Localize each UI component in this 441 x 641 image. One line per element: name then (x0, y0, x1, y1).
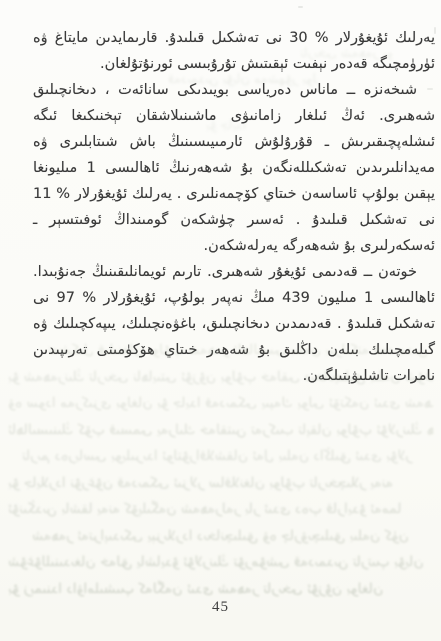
bleed-through-line: شەھەر ئەتراپىدىكى يېزىلاردا دىخانچىلىق ۋ… (8, 523, 433, 550)
paragraph-shihezi: شىخەنزە ــ ماناس دەرياسى بويىدىكى سانائە… (33, 77, 435, 259)
paragraph-continuation: يەرلىك ئۇيغۇرلار % 30 نى تەشكىل قىلىدۇ. … (33, 25, 435, 77)
page-text-block: يەرلىك ئۇيغۇرلار % 30 نى تەشكىل قىلىدۇ. … (33, 25, 435, 389)
document-page: تارىخى شەھەر بولۇپ قەدىمدىن بۇيان مەشھۇر… (0, 0, 441, 641)
bleed-through-line: شۇغۇللىنىدىغان خەلق ياشايدۇ ئۇلارنىڭ تۇر… (8, 549, 433, 576)
bleed-through-line: بۇ جايلاردا نۇرغۇن قەدىمكى ئىزلار ساقلان… (8, 470, 433, 497)
page-number: 45 (0, 599, 441, 616)
bleed-through-line: ئاھالىسىنىڭ كۆپ قىسمى يەرلىك خەلقتىن تەر… (8, 417, 433, 444)
bleed-through-line: ۋە سودا مەركىزى بولغان بۇ جايدا قەدىمكى … (8, 390, 433, 417)
scan-speck (427, 88, 433, 90)
bleed-through-line: تارىم دەرياسى بويلىرىدا ئولتۇراقلاشقان ئ… (8, 443, 433, 470)
scan-speck (298, 6, 303, 8)
scan-speck (434, 27, 436, 34)
bleed-through-line: ئۇنىڭدىن باشقا يەنە كۆپلىگەن شەھەرلەر با… (8, 496, 433, 523)
paragraph-hotan: خوتەن ــ قەدىمى ئۇيغۇر شەھىرى. تارىم ئوي… (33, 259, 435, 389)
scanned-book-page: { "document": { "language": "Uyghur (Ara… (0, 0, 441, 641)
